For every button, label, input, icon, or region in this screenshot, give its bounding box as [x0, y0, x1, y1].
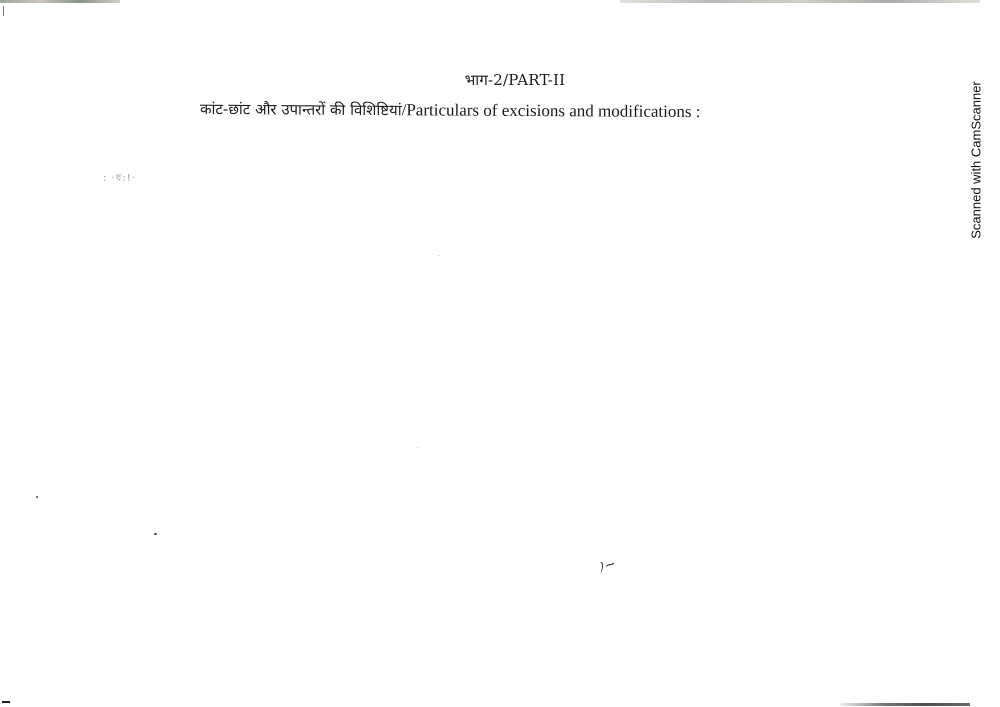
dust-speck: [36, 496, 38, 498]
scan-bottom-edge-right: [840, 703, 970, 706]
dust-speck: [417, 447, 418, 448]
particulars-heading: कांट-छांट और उपान्तरों की विशिष्टियां/Pa…: [200, 99, 701, 122]
dust-speck: [438, 255, 439, 256]
handwritten-mark: ﾉ~: [595, 553, 618, 577]
scan-top-edge-left: [0, 0, 120, 3]
particulars-heading-english: /Particulars of excisions and modificati…: [402, 100, 701, 121]
faint-smudge-text: : ·ধ:!·: [103, 171, 136, 188]
part-heading: भाग-2/PART-II: [0, 70, 1000, 90]
particulars-heading-hindi: कांट-छांट और उपान्तरों की विशिष्टियां: [200, 100, 402, 119]
scan-bottom-edge-left: [2, 701, 10, 703]
camscanner-watermark: Scanned with CamScanner: [969, 60, 984, 260]
scan-top-edge-right: [620, 0, 980, 3]
scan-left-tick: [3, 6, 4, 16]
dust-speck: [154, 533, 157, 535]
